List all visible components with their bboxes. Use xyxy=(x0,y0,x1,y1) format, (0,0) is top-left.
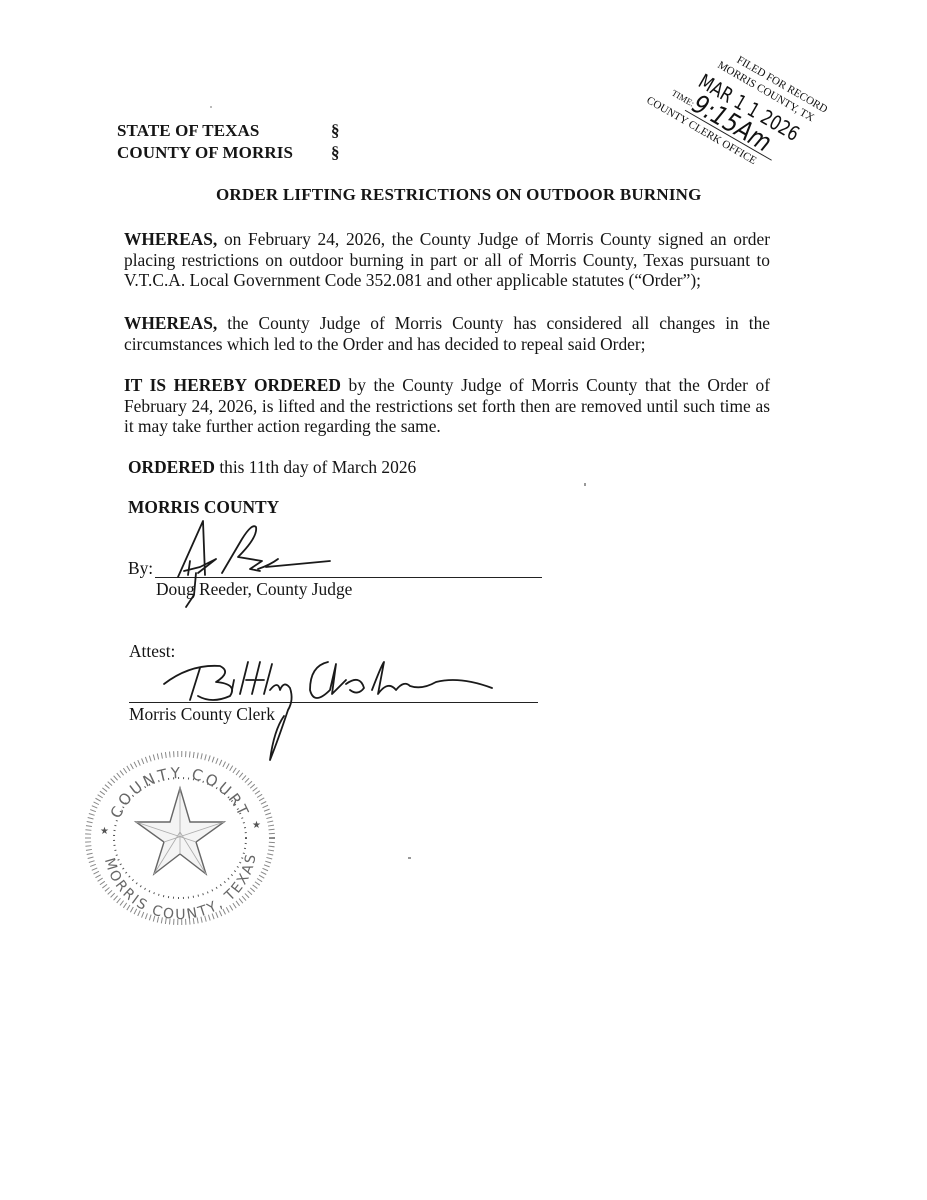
paragraph-lead: IT IS HEREBY ORDERED xyxy=(124,375,341,395)
scan-speck xyxy=(210,106,212,108)
paragraph-lead: WHEREAS, xyxy=(124,229,217,249)
section-symbol: § xyxy=(331,143,340,163)
scan-speck xyxy=(408,857,411,859)
seal-right-star-icon: ★ xyxy=(252,820,261,831)
county-line: COUNTY OF MORRIS xyxy=(117,143,293,163)
seal-bottom-text: MORRIS COUNTY, TEXAS xyxy=(101,851,260,923)
ordered-paragraph: IT IS HEREBY ORDERED by the County Judge… xyxy=(124,375,770,437)
ordered-text: this 11th day of March 2026 xyxy=(215,457,416,477)
seal-lone-star-icon xyxy=(136,788,224,874)
ordered-lead: ORDERED xyxy=(128,457,215,477)
whereas-paragraph-2: WHEREAS, the County Judge of Morris Coun… xyxy=(124,313,770,354)
document-title: ORDER LIFTING RESTRICTIONS ON OUTDOOR BU… xyxy=(216,185,702,205)
scan-speck xyxy=(584,483,586,486)
judge-signature xyxy=(150,515,350,615)
judge-name-title: Doug Reeder, County Judge xyxy=(156,579,352,600)
clerk-title: Morris County Clerk xyxy=(129,704,275,725)
ordered-date-line: ORDERED this 11th day of March 2026 xyxy=(128,457,416,478)
section-symbol: § xyxy=(331,121,340,141)
paragraph-text: on February 24, 2026, the County Judge o… xyxy=(124,229,770,290)
seal-left-star-icon: ★ xyxy=(100,826,109,837)
paragraph-lead: WHEREAS, xyxy=(124,313,217,333)
paragraph-text: the County Judge of Morris County has co… xyxy=(124,313,770,354)
whereas-paragraph-1: WHEREAS, on February 24, 2026, the Count… xyxy=(124,229,770,291)
county-court-seal: COUNTY COURT MORRIS COUNTY, TEXAS ★ ★ xyxy=(82,748,278,928)
state-line: STATE OF TEXAS xyxy=(117,121,259,141)
